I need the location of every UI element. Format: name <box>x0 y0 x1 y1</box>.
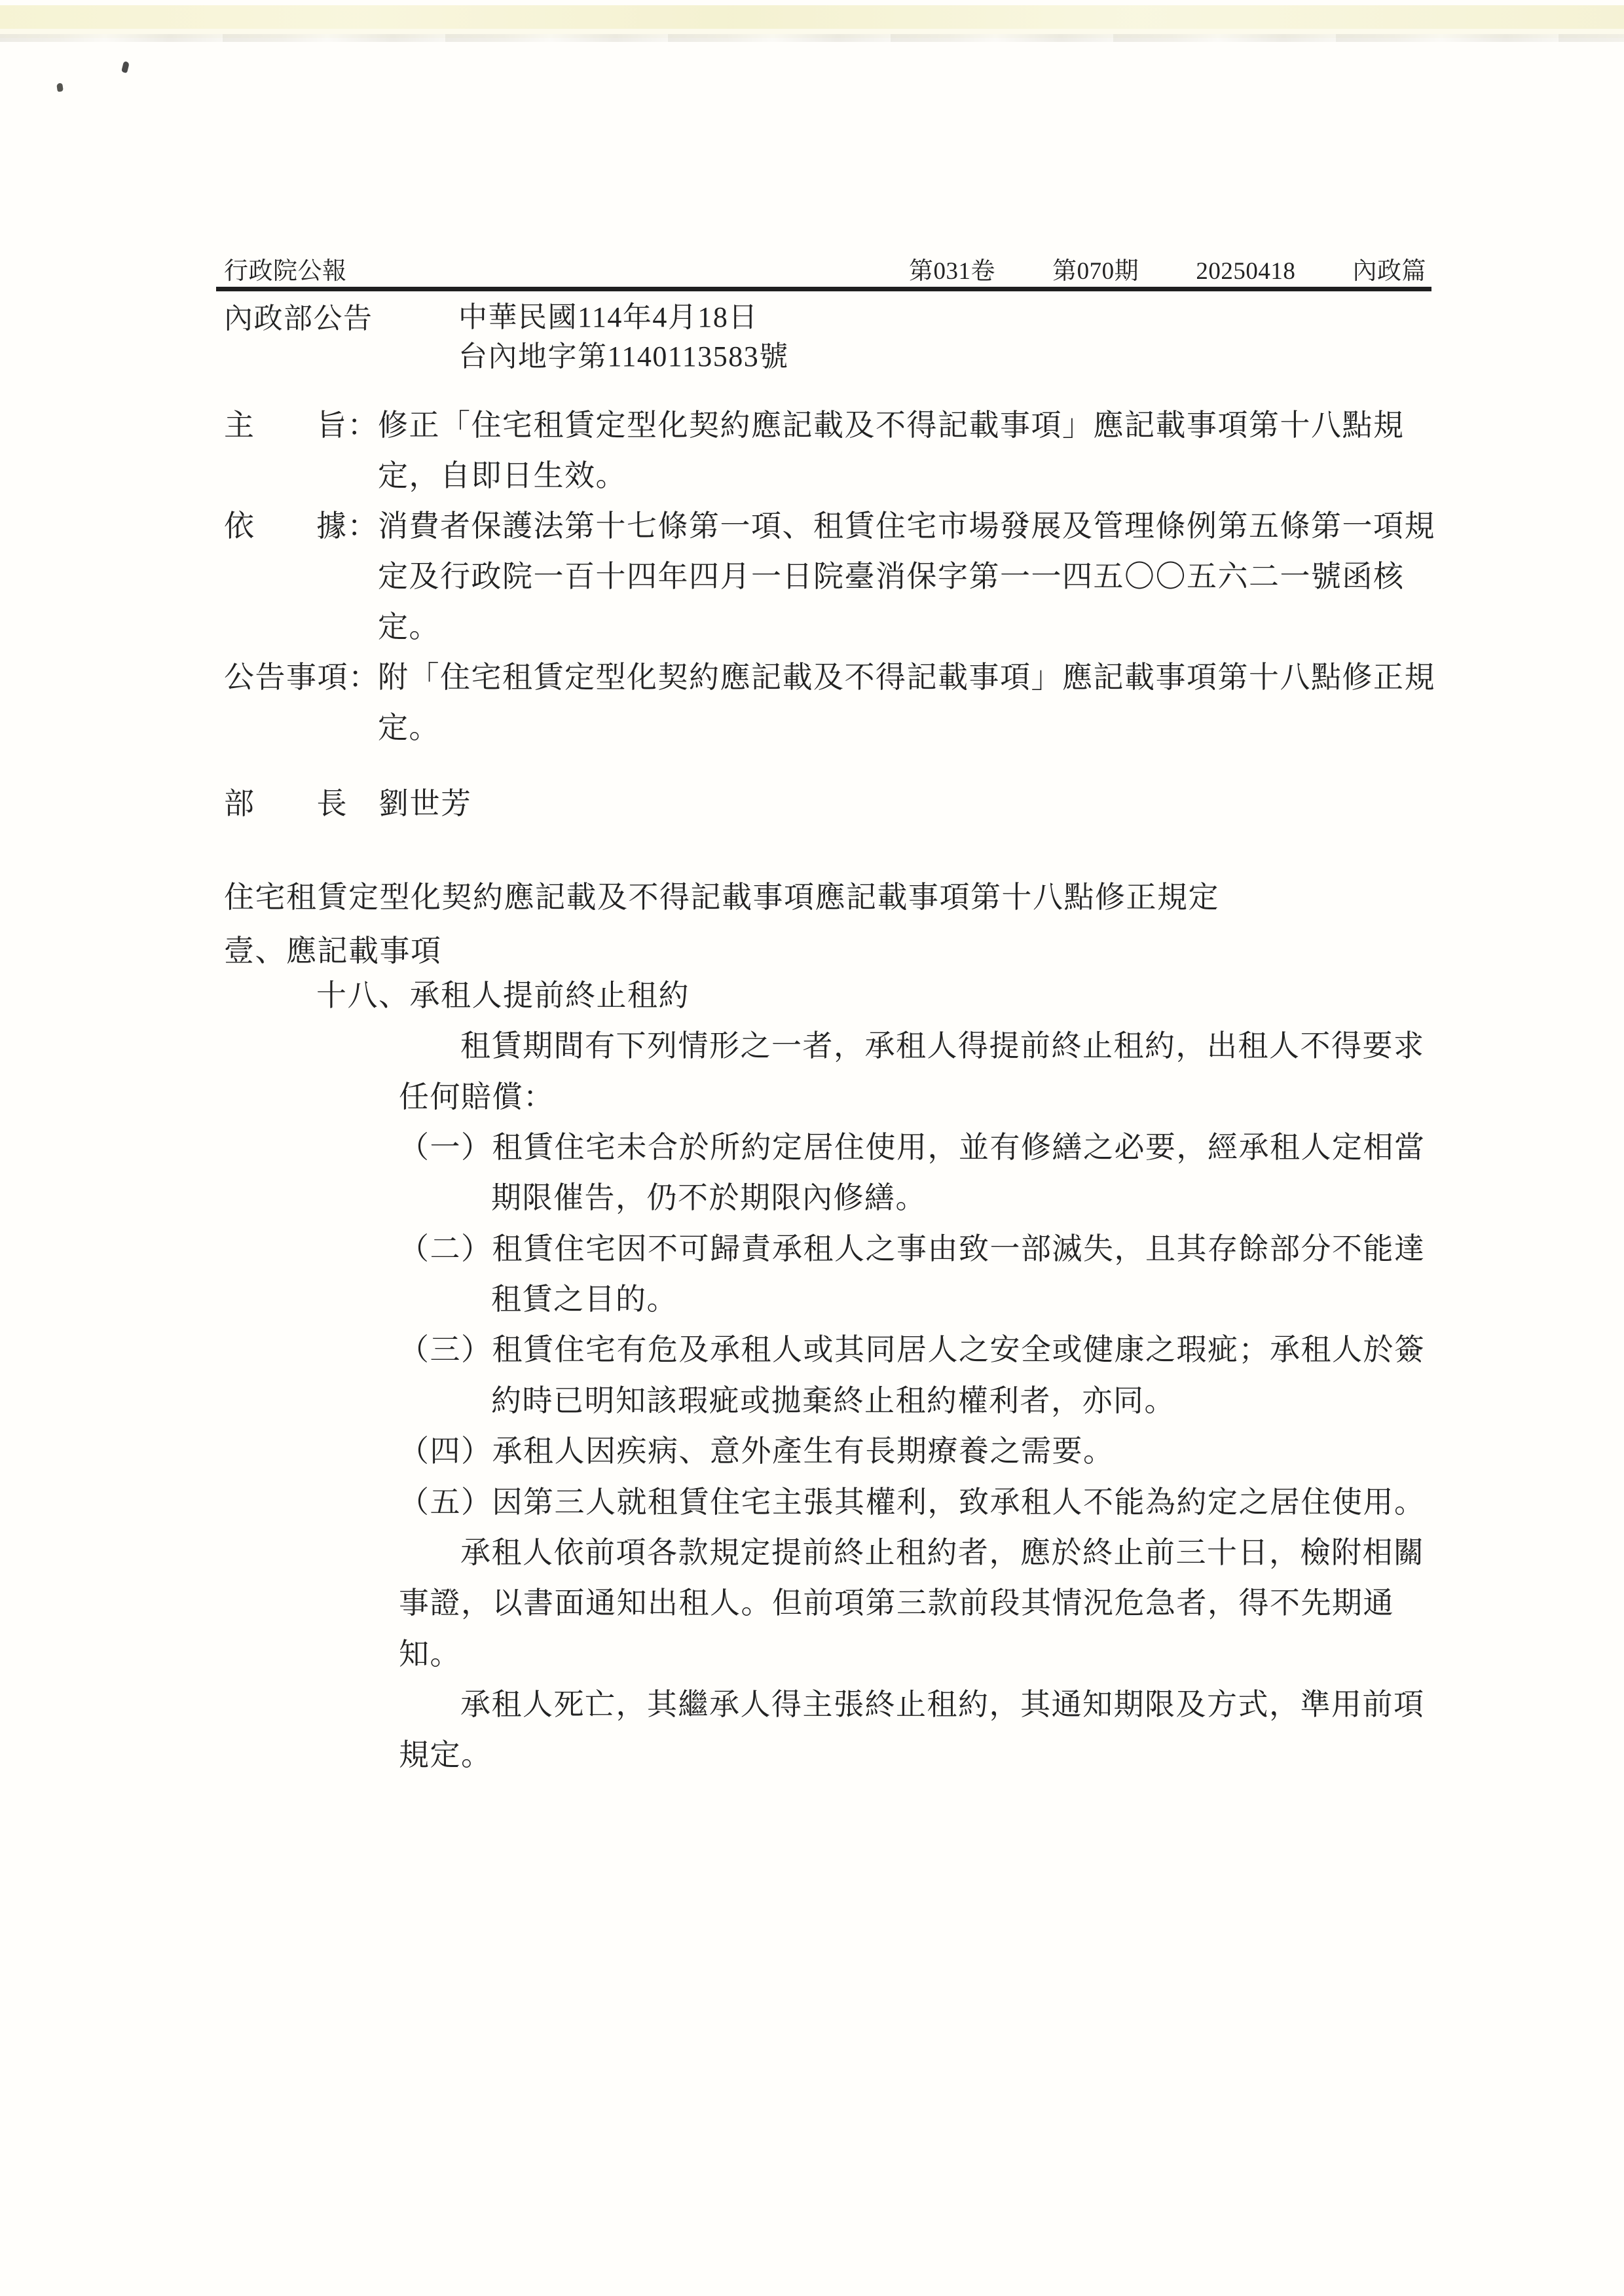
item2-line2: 租賃之目的。 <box>491 1283 678 1316</box>
header-date-code: 20250418 <box>1196 258 1295 285</box>
item3-line1: （三）租賃住宅有危及承租人或其同居人之安全或健康之瑕疵；承租人於簽 <box>399 1334 1426 1366</box>
subject-text-line1: 修正「住宅租賃定型化契約應記載及不得記載事項」應記載事項第十八點規 <box>378 409 1405 442</box>
item1-line2: 期限催告，仍不於期限內修繕。 <box>491 1182 927 1214</box>
matters-label: 公告事項： <box>224 661 380 694</box>
paragraph2-line3: 知。 <box>399 1638 461 1671</box>
item5-line1: （五）因第三人就租賃住宅主張其權利，致承租人不能為約定之居住使用。 <box>399 1486 1426 1519</box>
paragraph3-line1: 承租人死亡，其繼承人得主張終止租約，其通知期限及方式，準用前項 <box>460 1688 1425 1721</box>
item1-line1: （一）租賃住宅未合於所約定居住使用，並有修繕之必要，經承租人定相當 <box>399 1131 1426 1164</box>
header-issue-info: 第031卷 第070期 20250418 內政篇 <box>909 258 1426 285</box>
paragraph1-line1: 租賃期間有下列情形之一者，承租人得提前終止租約，出租人不得要求 <box>460 1030 1425 1063</box>
subject-label-part1: 主 <box>224 409 255 442</box>
paragraph2-line2: 事證，以書面通知出租人。但前項第三款前段其情況危急者，得不先期通 <box>399 1587 1394 1620</box>
minister-signature: 部長劉世芳 <box>224 788 472 820</box>
subject-label-part2: 旨： <box>316 409 378 442</box>
matters-text-line2: 定。 <box>378 712 440 744</box>
basis-text-line2: 定及行政院一百十四年四月一日院臺消保字第一一四五〇〇五六二一號函核 <box>378 560 1405 593</box>
regulation-title: 住宅租賃定型化契約應記載及不得記載事項應記載事項第十八點修正規定 <box>224 881 1219 914</box>
item2-line1: （二）租賃住宅因不可歸責承租人之事由致一部滅失，且其存餘部分不能達 <box>399 1233 1426 1266</box>
minister-name: 劉世芳 <box>378 787 472 820</box>
part-heading: 壹、應記載事項 <box>224 935 442 968</box>
scan-artifact-speck <box>121 61 130 73</box>
agency-announcement-label: 內政部公告 <box>224 303 373 335</box>
paragraph3-line2: 規定。 <box>399 1739 492 1772</box>
scan-artifact-yellow-band <box>0 5 1624 29</box>
announcement-ref-number: 台內地字第1140113583號 <box>458 341 789 373</box>
gazette-scan-page: 行政院公報 第031卷 第070期 20250418 內政篇 內政部公告 中華民… <box>0 0 1624 2296</box>
minister-label-part2: 長 <box>317 787 348 820</box>
gazette-title: 行政院公報 <box>224 258 347 285</box>
header-section: 內政篇 <box>1352 258 1426 285</box>
item3-line2: 約時已明知該瑕疵或拋棄終止租約權利者，亦同。 <box>491 1385 1175 1417</box>
paragraph1-line2: 任何賠償： <box>399 1081 555 1114</box>
basis-text-line1: 消費者保護法第十七條第一項、租賃住宅市場發展及管理條例第五條第一項規 <box>378 510 1435 543</box>
header-volume: 第031卷 <box>909 258 995 285</box>
matters-text-line1: 附「住宅租賃定型化契約應記載及不得記載事項」應記載事項第十八點修正規 <box>378 661 1435 694</box>
announcement-date: 中華民國114年4月18日 <box>458 302 758 333</box>
point-heading: 十八、承租人提前終止租約 <box>316 979 690 1012</box>
subject-text-line2: 定，自即日生效。 <box>378 460 627 492</box>
minister-label-part1: 部 <box>224 787 255 820</box>
scan-artifact-gray-streak <box>0 34 1624 42</box>
header-rule <box>216 287 1431 291</box>
basis-label-part2: 據： <box>316 510 378 543</box>
scan-artifact-speck <box>56 82 64 92</box>
item4-line1: （四）承租人因疾病、意外產生有長期療養之需要。 <box>399 1435 1115 1468</box>
paragraph2-line1: 承租人依前項各款規定提前終止租約者，應於終止前三十日，檢附相關 <box>460 1537 1425 1569</box>
basis-text-line3: 定。 <box>378 611 440 644</box>
basis-label-part1: 依 <box>224 510 255 543</box>
header-issue: 第070期 <box>1052 258 1139 285</box>
